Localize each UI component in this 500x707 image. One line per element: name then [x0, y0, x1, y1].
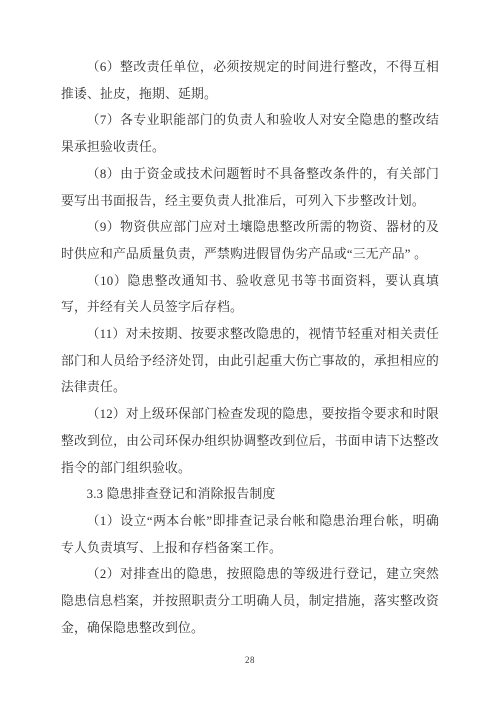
- paragraph-item-9: （9）物资供应部门应对土壤隐患整改所需的物资、器材的及时供应和产品质量负责，严禁…: [61, 214, 439, 267]
- paragraph-item-12: （12）对上级环保部门检查发现的隐患，要按指令要求和时限整改到位，由公司环保办组…: [61, 401, 439, 481]
- paragraph-item-7: （7）各专业职能部门的负责人和验收人对安全隐患的整改结果承担验收责任。: [61, 107, 439, 160]
- paragraph-item-10: （10）隐患整改通知书、验收意见书等书面资料，要认真填写，并经有关人员签字后存档…: [61, 268, 439, 321]
- document-page: （6）整改责任单位，必须按规定的时间进行整改，不得互相推诿、扯皮，拖期、延期。 …: [0, 0, 500, 707]
- paragraph-item-6: （6）整改责任单位，必须按规定的时间进行整改，不得互相推诿、扯皮，拖期、延期。: [61, 54, 439, 107]
- paragraph-item-2: （2）对排查出的隐患，按照隐患的等级进行登记，建立突然隐患信息档案，并按照职责分…: [61, 561, 439, 641]
- paragraph-item-1: （1）设立“两本台帐”即排查记录台帐和隐患治理台帐，明确专人负责填写、上报和存档…: [61, 508, 439, 561]
- page-number: 28: [0, 655, 500, 665]
- paragraph-item-11: （11）对未按期、按要求整改隐患的，视情节轻重对相关责任部门和人员给予经济处罚，…: [61, 321, 439, 401]
- paragraph-item-8: （8）由于资金或技术问题暂时不具备整改条件的，有关部门要写出书面报告，经主要负责…: [61, 161, 439, 214]
- document-body: （6）整改责任单位，必须按规定的时间进行整改，不得互相推诿、扯皮，拖期、延期。 …: [61, 54, 439, 641]
- section-heading-3-3: 3.3 隐患排查登记和消除报告制度: [61, 481, 439, 508]
